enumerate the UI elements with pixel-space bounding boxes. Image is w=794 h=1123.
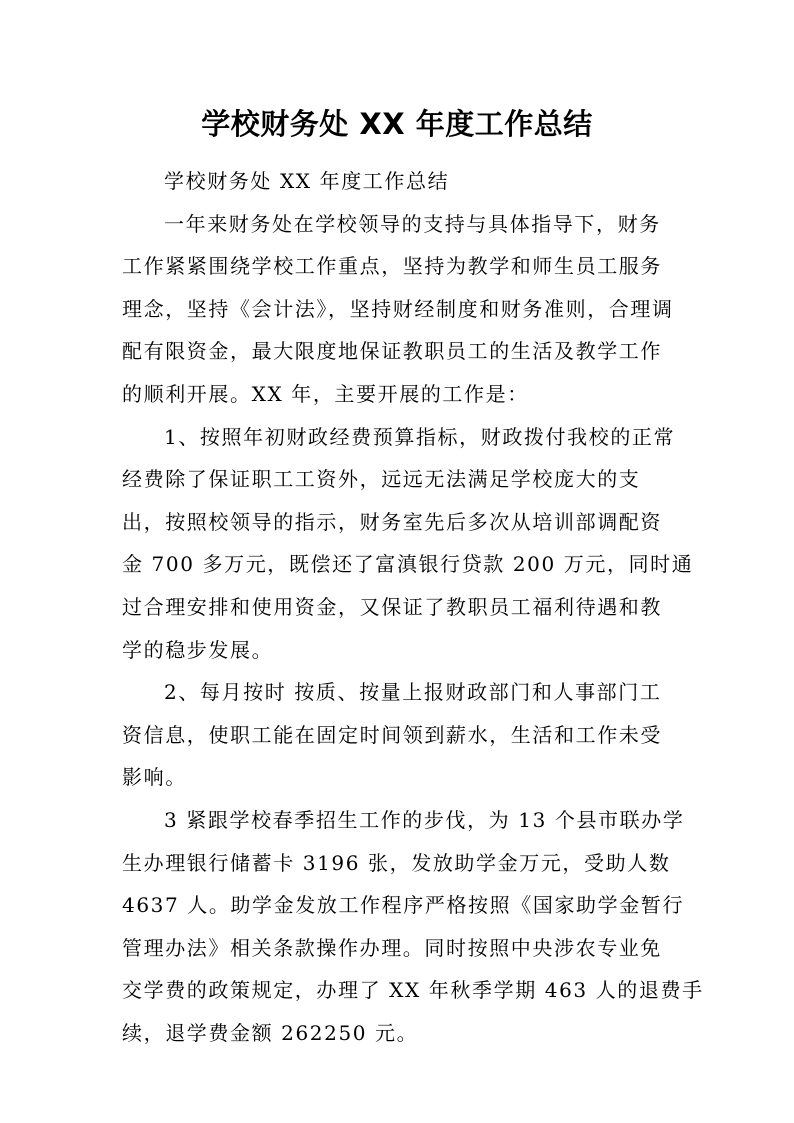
paragraph-line: 续，退学费金额 262250 元。	[122, 1012, 682, 1055]
paragraph-line: 工作紧紧围绕学校工作重点，坚持为教学和师生员工服务	[122, 245, 682, 288]
paragraph-line: 影响。	[122, 756, 682, 799]
paragraph-line: 1、按照年初财政经费预算指标，财政拨付我校的正常	[122, 416, 682, 459]
paragraph-line: 过合理安排和使用资金，又保证了教职员工福利待遇和教	[122, 586, 682, 629]
paragraph-line: 管理办法》相关条款操作办理。同时按照中央涉农专业免	[122, 927, 682, 970]
paragraph-item-3: 3 紧跟学校春季招生工作的步伐，为 13 个县市联办学 生办理银行储蓄卡 319…	[122, 799, 682, 1055]
paragraph-line: 交学费的政策规定，办理了 XX 年秋季学期 463 人的退费手	[122, 969, 682, 1012]
paragraph-line: 4637 人。助学金发放工作程序严格按照《国家助学金暂行	[122, 884, 682, 927]
paragraph-line: 出，按照校领导的指示，财务室先后多次从培训部调配资	[122, 501, 682, 544]
paragraph-subtitle: 学校财务处 XX 年度工作总结	[122, 160, 682, 203]
paragraph-intro: 一年来财务处在学校领导的支持与具体指导下，财务 工作紧紧围绕学校工作重点，坚持为…	[122, 203, 682, 416]
paragraph-line: 2、每月按时 按质、按量上报财政部门和人事部门工	[122, 671, 682, 714]
document-page: 学校财务处 XX 年度工作总结 学校财务处 XX 年度工作总结 一年来财务处在学…	[0, 0, 794, 1123]
paragraph-item-1: 1、按照年初财政经费预算指标，财政拨付我校的正常 经费除了保证职工工资外，远远无…	[122, 416, 682, 672]
document-body: 学校财务处 XX 年度工作总结 一年来财务处在学校领导的支持与具体指导下，财务 …	[122, 160, 682, 1054]
paragraph-line: 资信息，使职工能在固定时间领到薪水，生活和工作未受	[122, 714, 682, 757]
paragraph-item-2: 2、每月按时 按质、按量上报财政部门和人事部门工 资信息，使职工能在固定时间领到…	[122, 671, 682, 799]
paragraph-line: 生办理银行储蓄卡 3196 张，发放助学金万元，受助人数	[122, 842, 682, 885]
paragraph-line: 3 紧跟学校春季招生工作的步伐，为 13 个县市联办学	[122, 799, 682, 842]
paragraph-line: 学的稳步发展。	[122, 629, 682, 672]
paragraph-line: 配有限资金，最大限度地保证教职员工的生活及教学工作	[122, 330, 682, 373]
document-title: 学校财务处 XX 年度工作总结	[0, 104, 794, 144]
paragraph-line: 经费除了保证职工工资外，远远无法满足学校庞大的支	[122, 458, 682, 501]
paragraph-line: 一年来财务处在学校领导的支持与具体指导下，财务	[122, 203, 682, 246]
paragraph-line: 理念，坚持《会计法》，坚持财经制度和财务准则，合理调	[122, 288, 682, 331]
paragraph-line: 的顺利开展。XX 年，主要开展的工作是：	[122, 373, 682, 416]
paragraph-line: 学校财务处 XX 年度工作总结	[122, 160, 682, 203]
paragraph-line: 金 700 多万元，既偿还了富滇银行贷款 200 万元，同时通	[122, 543, 682, 586]
